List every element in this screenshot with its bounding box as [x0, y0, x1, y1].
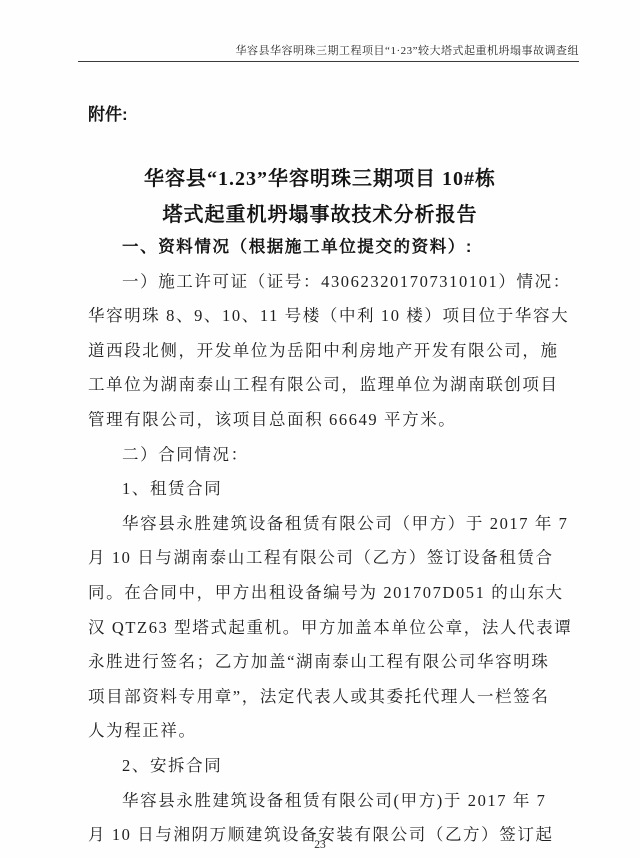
body-line: 人为程正祥。 [88, 714, 558, 749]
body-line: 2、安拆合同 [88, 749, 558, 784]
document-title: 华容县“1.23”华容明珠三期项目 10#栋 塔式起重机坍塌事故技术分析报告 [0, 161, 640, 233]
body-line: 道西段北侧，开发单位为岳阳中利房地产开发有限公司，施 [88, 334, 558, 369]
document-body: 一、资料情况（根据施工单位提交的资料）:一）施工许可证（证号：430623201… [88, 230, 558, 853]
page-number: 23 [0, 839, 640, 851]
body-line: 一、资料情况（根据施工单位提交的资料）: [88, 230, 558, 265]
title-line-2: 塔式起重机坍塌事故技术分析报告 [0, 197, 640, 233]
body-line: 月 10 日与湖南泰山工程有限公司（乙方）签订设备租赁合 [88, 541, 558, 576]
body-line: 管理有限公司，该项目总面积 66649 平方米。 [88, 403, 558, 438]
body-line: 华容明珠 8、9、10、11 号楼（中利 10 楼）项目位于华容大 [88, 299, 558, 334]
body-line: 二）合同情况： [88, 438, 558, 473]
body-line: 汉 QTZ63 型塔式起重机。甲方加盖本单位公章，法人代表谭 [88, 611, 558, 646]
body-line: 一）施工许可证（证号：430623201707310101）情况： [88, 265, 558, 300]
body-line: 同。在合同中，甲方出租设备编号为 201707D051 的山东大 [88, 576, 558, 611]
body-line: 永胜进行签名；乙方加盖“湖南泰山工程有限公司华容明珠 [88, 645, 558, 680]
body-line: 项目部资料专用章”，法定代表人或其委托代理人一栏签名 [88, 680, 558, 715]
body-line: 华容县永胜建筑设备租赁有限公司（甲方）于 2017 年 7 [88, 507, 558, 542]
body-line: 工单位为湖南泰山工程有限公司，监理单位为湖南联创项目 [88, 368, 558, 403]
title-line-1: 华容县“1.23”华容明珠三期项目 10#栋 [0, 161, 640, 197]
header-text: 华容县华容明珠三期工程项目“1·23”较大塔式起重机坍塌事故调查组 [236, 45, 579, 57]
document-page: 华容县华容明珠三期工程项目“1·23”较大塔式起重机坍塌事故调查组 附件: 华容… [0, 0, 640, 859]
body-line: 1、租赁合同 [88, 472, 558, 507]
attachment-label: 附件: [88, 100, 128, 125]
body-line: 华容县永胜建筑设备租赁有限公司(甲方)于 2017 年 7 [88, 784, 558, 819]
page-header: 华容县华容明珠三期工程项目“1·23”较大塔式起重机坍塌事故调查组 [78, 42, 579, 62]
